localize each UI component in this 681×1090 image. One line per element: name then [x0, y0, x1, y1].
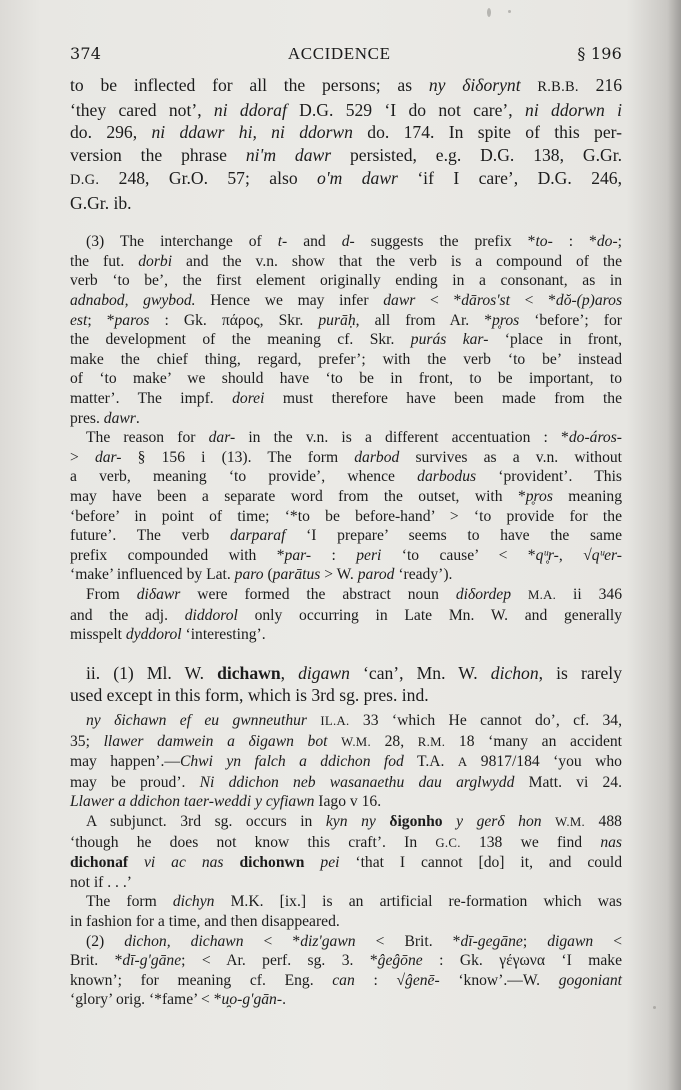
text-line: est; *paros : Gk. πάρος, Skr. purāḥ, all… — [70, 311, 622, 331]
text-line: Brit. *dī-g'gāne; < Ar. perf. sg. 3. *ĝe… — [70, 951, 622, 971]
text-line: ‘before’ in point of time; ‘*to be befor… — [70, 507, 622, 527]
text-line: From diδawr were formed the abstract nou… — [70, 585, 622, 606]
text-line: A subjunct. 3rd sg. occurs in kyn ny δig… — [70, 812, 622, 833]
text-line: D.G. 248, Gr.O. 57; also o'm dawr ‘if I … — [70, 167, 622, 192]
paragraph-p6: ny δichawn ef eu gwnneuthur IL.A. 33 ‘wh… — [70, 711, 622, 812]
paper-speck — [653, 1006, 656, 1009]
text-line: used except in this form, which is 3rd s… — [70, 684, 622, 707]
text-line: version the phrase ni'm dawr persisted, … — [70, 144, 622, 167]
paper-speck — [508, 10, 511, 13]
text-line: (2) dichon, dichawn < *diz'gawn < Brit. … — [70, 932, 622, 952]
paper-speck — [487, 8, 491, 17]
text-line: pres. dawr. — [70, 409, 622, 429]
text-line: verb ‘to be’, the first element original… — [70, 271, 622, 291]
paragraph-p3: The reason for dar- in the v.n. is a dif… — [70, 428, 622, 585]
text-line: may be proud’. Ni ddichon neb wasanaethu… — [70, 773, 622, 793]
text-line: do. 296, ni ddawr hi, ni ddorwn do. 174.… — [70, 121, 622, 144]
text-line: matter’. The impf. dorei must therefore … — [70, 389, 622, 409]
text-line: a verb, meaning ‘to provide’, whence dar… — [70, 467, 622, 487]
running-header: 374 ACCIDENCE § 196 — [70, 44, 622, 68]
text-line: ‘glory’ orig. ‘*fame’ < *u̯o-g'gān-. — [70, 990, 622, 1010]
text-line: Llawer a ddichon taer-weddi y cyfiawn Ia… — [70, 792, 622, 812]
paragraph-p5: ii. (1) Ml. W. dichawn, digawn ‘can’, Mn… — [70, 662, 622, 707]
text-line: prefix compounded with *par- : peri ‘to … — [70, 546, 622, 566]
text-line: G.Gr. ib. — [70, 192, 622, 215]
paragraph-p7: A subjunct. 3rd sg. occurs in kyn ny δig… — [70, 812, 622, 892]
text-line: the fut. dorbi and the v.n. show that th… — [70, 252, 622, 272]
book-page: 374 ACCIDENCE § 196 to be inflected for … — [70, 44, 622, 1010]
text-line: of ‘to make’ we should have ‘to be in fr… — [70, 369, 622, 389]
text-line: to be inflected for all the persons; as … — [70, 74, 622, 99]
text-line: 35; llawer damwein a δigawn bot W.M. 28,… — [70, 732, 622, 753]
text-line: > dar- § 156 i (13). The form darbod sur… — [70, 448, 622, 468]
text-line: make the chief thing, regard, prefer’; w… — [70, 350, 622, 370]
text-line: may happen’.—Chwi yn falch a ddichon fod… — [70, 752, 622, 773]
text-line: and the adj. diddorol only occurring in … — [70, 606, 622, 626]
text-line: misspelt dyddorol ‘interesting’. — [70, 625, 622, 645]
text-line: the development of the meaning cf. Skr. … — [70, 330, 622, 350]
text-line: in fashion for a time, and then disappea… — [70, 912, 622, 932]
section-number: § 196 — [577, 44, 622, 63]
text-line: ‘they cared not’, ni ddoraf D.G. 529 ‘I … — [70, 99, 622, 122]
text-line: may have been a separate word from the o… — [70, 487, 622, 507]
text-line: The reason for dar- in the v.n. is a dif… — [70, 428, 622, 448]
text-line: ‘make’ influenced by Lat. paro (parātus … — [70, 565, 622, 585]
running-title: ACCIDENCE — [288, 44, 391, 64]
text-line: ny δichawn ef eu gwnneuthur IL.A. 33 ‘wh… — [70, 711, 622, 732]
text-line: ii. (1) Ml. W. dichawn, digawn ‘can’, Mn… — [70, 662, 622, 685]
body-text: to be inflected for all the persons; as … — [70, 74, 622, 1010]
text-line: The form dichyn M.K. [ix.] is an artific… — [70, 892, 622, 912]
text-line: ‘though he does not know this craft’. In… — [70, 833, 622, 854]
paragraph-p2: (3) The interchange of t- and d- suggest… — [70, 232, 622, 428]
paragraph-p4: From diδawr were formed the abstract nou… — [70, 585, 622, 645]
text-line: not if . . .’ — [70, 873, 622, 893]
text-line: known’; for meaning cf. Eng. can : √ĝenē… — [70, 971, 622, 991]
page-number: 374 — [70, 44, 101, 63]
text-line: adnabod, gwybod. Hence we may infer dawr… — [70, 291, 622, 311]
paragraph-p8: The form dichyn M.K. [ix.] is an artific… — [70, 892, 622, 931]
text-line: future’. The verb darparaf ‘I prepare’ s… — [70, 526, 622, 546]
text-line: dichonaf vi ac nas dichonwn pei ‘that I … — [70, 853, 622, 873]
paragraph-p1: to be inflected for all the persons; as … — [70, 74, 622, 214]
text-line: (3) The interchange of t- and d- suggest… — [70, 232, 622, 252]
paragraph-p9: (2) dichon, dichawn < *diz'gawn < Brit. … — [70, 932, 622, 1010]
